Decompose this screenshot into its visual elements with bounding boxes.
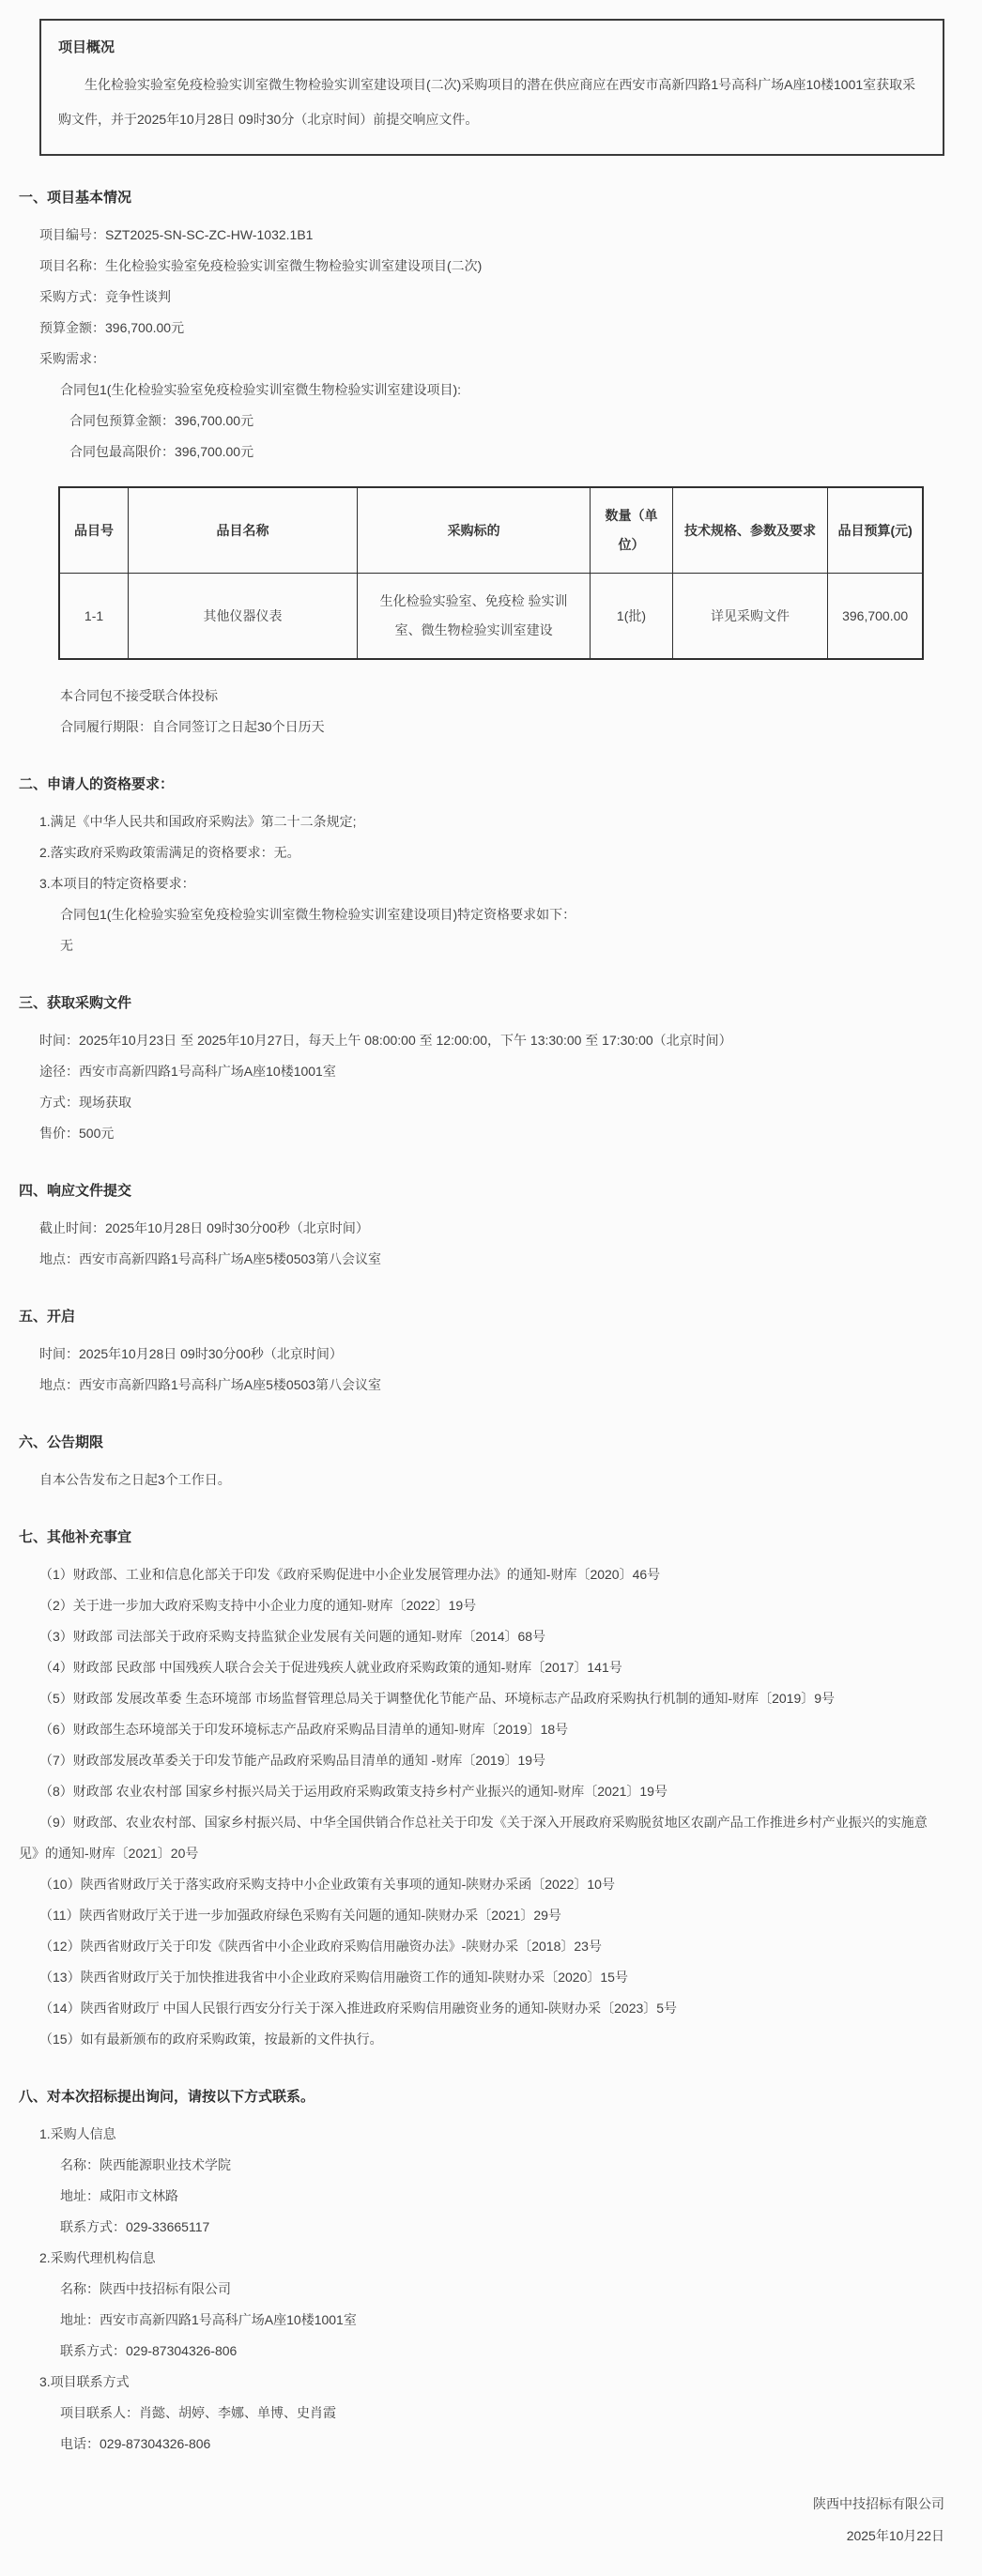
info-line: 项目联系人：肖懿、胡婷、李娜、单博、史肖霞	[60, 2398, 944, 2429]
info-line: 方式：现场获取	[39, 1087, 944, 1118]
info-line: 截止时间：2025年10月28日 09时30分00秒（北京时间）	[39, 1213, 944, 1244]
document-page: 项目概况 生化检验实验室免疫检验实训室微生物检验实训室建设项目(二次)采购项目的…	[0, 0, 982, 2576]
info-line: 本合同包不接受联合体投标	[60, 681, 944, 712]
overview-title: 项目概况	[58, 34, 926, 62]
section-heading-response-submission: 四、响应文件提交	[19, 1181, 944, 1202]
table-header-cell: 技术规格、参数及要求	[672, 487, 828, 574]
info-line: 无	[60, 930, 944, 961]
submission-lines: 截止时间：2025年10月28日 09时30分00秒（北京时间）地点：西安市高新…	[19, 1213, 944, 1275]
info-line: 地址：咸阳市文林路	[60, 2181, 944, 2212]
info-line: 合同包最高限价：396,700.00元	[69, 437, 944, 468]
info-line: 采购方式：竞争性谈判	[39, 282, 944, 313]
info-line: 名称：陕西能源职业技术学院	[60, 2150, 944, 2181]
section-heading-obtain-documents: 三、获取采购文件	[19, 993, 944, 1014]
info-line: 项目名称：生化检验实验室免疫检验实训室微生物检验实训室建设项目(二次)	[39, 251, 944, 282]
notice-item: （13）陕西省财政厅关于加快推进我省中小企业政府采购信用融资工作的通知-陕财办采…	[19, 1962, 944, 1993]
project-overview-box: 项目概况 生化检验实验室免疫检验实训室微生物检验实训室建设项目(二次)采购项目的…	[39, 19, 944, 156]
info-line: 地点：西安市高新四路1号高科广场A座5楼0503第八会议室	[39, 1244, 944, 1275]
notice-item: （4）财政部 民政部 中国残疾人联合会关于促进残疾人就业政府采购政策的通知-财库…	[19, 1652, 944, 1683]
info-line: 地点：西安市高新四路1号高科广场A座5楼0503第八会议室	[39, 1370, 944, 1401]
notice-item: （9）财政部、农业农村部、国家乡村振兴局、中华全国供销合作总社关于印发《关于深入…	[19, 1807, 944, 1869]
cell-item-name: 其他仪器仪表	[129, 574, 358, 660]
info-line: 名称：陕西中技招标有限公司	[60, 2274, 944, 2305]
notice-item: （11）陕西省财政厅关于进一步加强政府绿色采购有关问题的通知-陕财办采〔2021…	[19, 1900, 944, 1931]
info-line: 2.落实政府采购政策需满足的资格要求：无。	[39, 837, 944, 868]
info-line: 联系方式：029-33665117	[60, 2212, 944, 2243]
cell-item-number: 1-1	[59, 574, 129, 660]
info-line: 3.项目联系方式	[39, 2367, 944, 2398]
notice-item: （15）如有最新颁布的政府采购政策，按最新的文件执行。	[19, 2024, 944, 2055]
notice-item: （2）关于进一步加大政府采购支持中小企业力度的通知-财库〔2022〕19号	[19, 1590, 944, 1621]
table-header-cell: 品目名称	[129, 487, 358, 574]
info-line: 项目编号：SZT2025-SN-SC-ZC-HW-1032.1B1	[39, 220, 944, 251]
info-line: 联系方式：029-87304326-806	[60, 2336, 944, 2367]
table-header-cell: 品目预算(元)	[828, 487, 923, 574]
opening-lines: 时间：2025年10月28日 09时30分00秒（北京时间）地点：西安市高新四路…	[19, 1339, 944, 1401]
notice-item: （8）财政部 农业农村部 国家乡村振兴局关于运用政府采购政策支持乡村产业振兴的通…	[19, 1776, 944, 1807]
info-line: 3.本项目的特定资格要求：	[39, 868, 944, 899]
table-header-row: 品目号品目名称采购标的数量（单位）技术规格、参数及要求品目预算(元)	[59, 487, 923, 574]
cell-specs: 详见采购文件	[672, 574, 828, 660]
table-header-cell: 品目号	[59, 487, 129, 574]
info-line: 时间：2025年10月23日 至 2025年10月27日，每天上午 08:00:…	[39, 1025, 944, 1056]
notice-item: （12）陕西省财政厅关于印发《陕西省中小企业政府采购信用融资办法》-陕财办采〔2…	[19, 1931, 944, 1962]
overview-body: 生化检验实验室免疫检验实训室微生物检验实训室建设项目(二次)采购项目的潜在供应商…	[58, 68, 926, 137]
info-line: 地址：西安市高新四路1号高科广场A座10楼1001室	[60, 2305, 944, 2336]
notice-item: （5）财政部 发展改革委 生态环境部 市场监督管理总局关于调整优化节能产品、环境…	[19, 1683, 944, 1714]
info-line: 途径：西安市高新四路1号高科广场A座10楼1001室	[39, 1056, 944, 1087]
section-heading-basic-info: 一、项目基本情况	[19, 188, 944, 208]
notice-item: （10）陕西省财政厅关于落实政府采购支持中小企业政策有关事项的通知-陕财办采函〔…	[19, 1869, 944, 1900]
section-heading-contact: 八、对本次招标提出询问，请按以下方式联系。	[19, 2087, 944, 2108]
info-line: 1.满足《中华人民共和国政府采购法》第二十二条规定;	[39, 806, 944, 837]
section-heading-other-matters: 七、其他补充事宜	[19, 1527, 944, 1548]
footer-date: 2025年10月22日	[19, 2520, 944, 2552]
info-line: 1.采购人信息	[39, 2119, 944, 2150]
table-header-cell: 数量（单位）	[591, 487, 672, 574]
cell-procurement-subject: 生化检验实验室、免疫检 验实训室、微生物检验实训室建设	[357, 574, 590, 660]
info-line: 采购需求：	[39, 344, 944, 375]
table-header-cell: 采购标的	[357, 487, 590, 574]
notice-item: （6）财政部生态环境部关于印发环境标志产品政府采购品目清单的通知-财库〔2019…	[19, 1714, 944, 1745]
info-line: 售价：500元	[39, 1118, 944, 1149]
notice-list: （1）财政部、工业和信息化部关于印发《政府采购促进中小企业发展管理办法》的通知-…	[19, 1559, 944, 2055]
info-line: 合同包预算金额：396,700.00元	[69, 406, 944, 437]
notice-item: （1）财政部、工业和信息化部关于印发《政府采购促进中小企业发展管理办法》的通知-…	[19, 1559, 944, 1590]
section-heading-opening: 五、开启	[19, 1307, 944, 1327]
info-line: 合同包1(生化检验实验室免疫检验实训室微生物检验实训室建设项目):	[60, 375, 944, 406]
info-line: 合同履行期限：自合同签订之日起30个日历天	[60, 712, 944, 743]
cell-budget: 396,700.00	[828, 574, 923, 660]
info-line: 电话：029-87304326-806	[60, 2429, 944, 2460]
contact-lines: 1.采购人信息名称：陕西能源职业技术学院地址：咸阳市文林路联系方式：029-33…	[19, 2119, 944, 2460]
notice-item: （14）陕西省财政厅 中国人民银行西安分行关于深入推进政府采购信用融资业务的通知…	[19, 1993, 944, 2024]
footer: 陕西中技招标有限公司 2025年10月22日	[19, 2488, 944, 2552]
basic-info-lines: 项目编号：SZT2025-SN-SC-ZC-HW-1032.1B1项目名称：生化…	[19, 220, 944, 468]
section-heading-announcement-period: 六、公告期限	[19, 1433, 944, 1453]
info-line: 自本公告发布之日起3个工作日。	[39, 1464, 944, 1495]
table-row: 1-1 其他仪器仪表 生化检验实验室、免疫检 验实训室、微生物检验实训室建设 1…	[59, 574, 923, 660]
info-line: 2.采购代理机构信息	[39, 2243, 944, 2274]
notice-item: （7）财政部发展改革委关于印发节能产品政府采购品目清单的通知 -财库〔2019〕…	[19, 1745, 944, 1776]
info-line: 预算金额：396,700.00元	[39, 313, 944, 344]
section-heading-qualification: 二、申请人的资格要求：	[19, 774, 944, 795]
info-line: 时间：2025年10月28日 09时30分00秒（北京时间）	[39, 1339, 944, 1370]
obtain-lines: 时间：2025年10月23日 至 2025年10月27日，每天上午 08:00:…	[19, 1025, 944, 1149]
cell-quantity: 1(批)	[591, 574, 672, 660]
items-table: 品目号品目名称采购标的数量（单位）技术规格、参数及要求品目预算(元) 1-1 其…	[58, 486, 924, 660]
notice-item: （3）财政部 司法部关于政府采购支持监狱企业发展有关问题的通知-财库〔2014〕…	[19, 1621, 944, 1652]
footer-agency-name: 陕西中技招标有限公司	[19, 2488, 944, 2520]
info-line: 合同包1(生化检验实验室免疫检验实训室微生物检验实训室建设项目)特定资格要求如下…	[60, 899, 944, 930]
contract-terms-lines: 本合同包不接受联合体投标合同履行期限：自合同签订之日起30个日历天	[19, 681, 944, 743]
qualification-lines: 1.满足《中华人民共和国政府采购法》第二十二条规定;2.落实政府采购政策需满足的…	[19, 806, 944, 961]
period-lines: 自本公告发布之日起3个工作日。	[19, 1464, 944, 1495]
